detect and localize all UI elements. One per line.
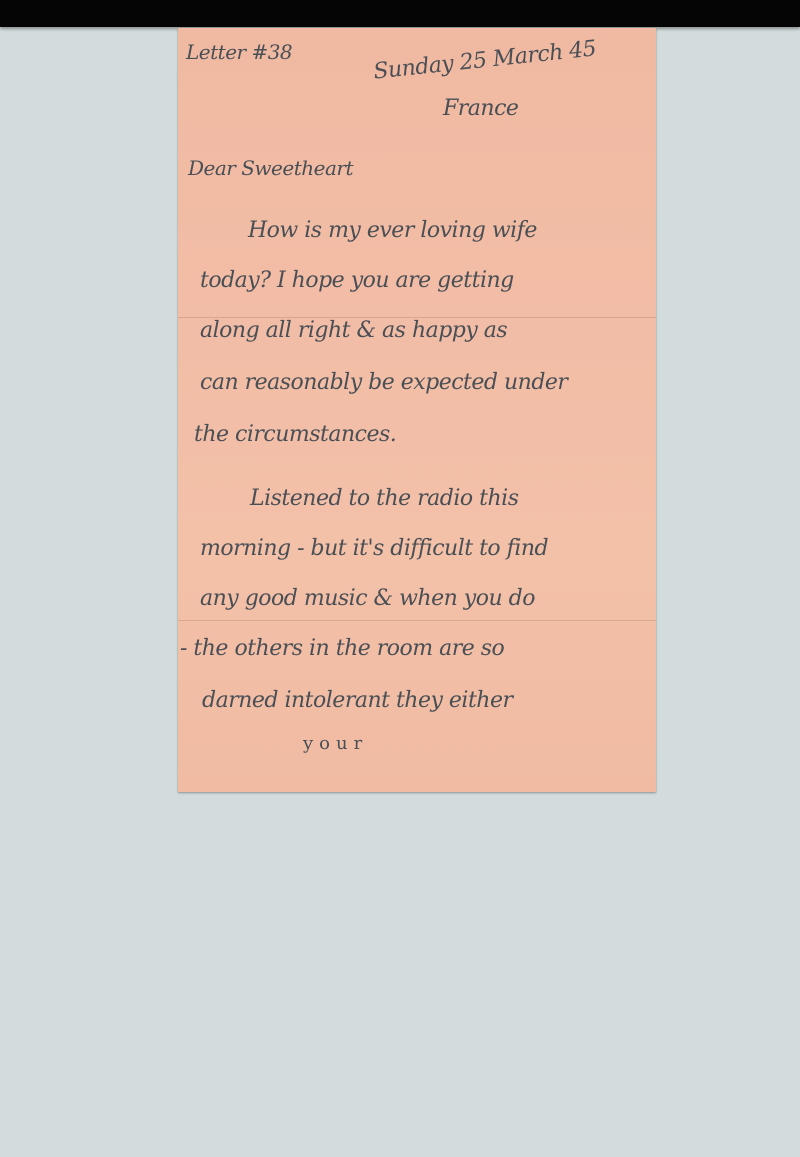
letter-line: darned intolerant they either: [202, 688, 513, 713]
letter-line: any good music & when you do: [200, 586, 535, 611]
letter-line: morning - but it's difficult to find: [200, 536, 548, 561]
fold-crease: [178, 620, 656, 621]
letter-date: Sunday 25 March 45: [372, 36, 597, 84]
letter-number: Letter #38: [186, 40, 292, 64]
letter-page: Letter #38 Sunday 25 March 45 France Dea…: [178, 28, 656, 792]
letter-line: How is my ever loving wife: [248, 218, 537, 243]
letter-line: Listened to the radio this: [250, 486, 519, 511]
letter-line: today? I hope you are getting: [200, 268, 514, 293]
scanner-top-strip: [0, 0, 800, 27]
letter-line: along all right & as happy as: [200, 318, 507, 343]
salutation: Dear Sweetheart: [188, 156, 353, 180]
letter-line: - the others in the room are so: [180, 636, 504, 661]
letter-line: the circumstances.: [194, 422, 396, 447]
letter-line: can reasonably be expected under: [200, 370, 567, 395]
catchword: your: [303, 733, 368, 754]
letter-place: France: [443, 96, 518, 121]
